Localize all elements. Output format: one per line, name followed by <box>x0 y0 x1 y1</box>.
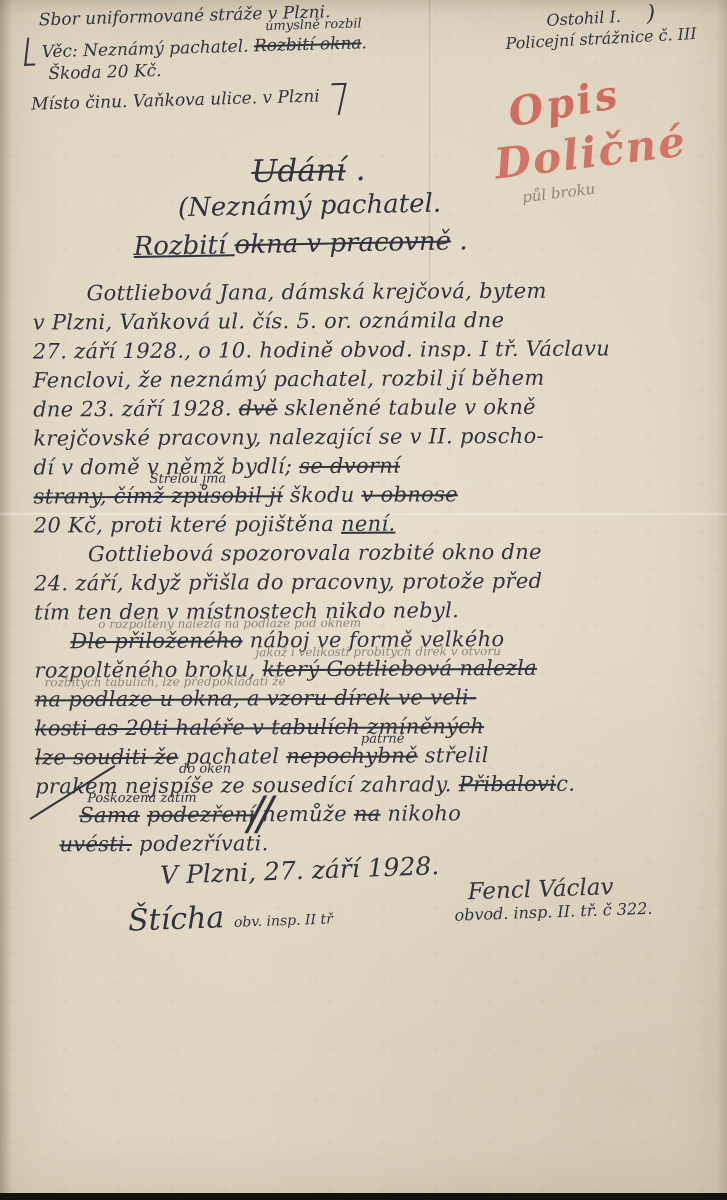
closing-slashes: ∕∕ <box>248 786 267 840</box>
text-segment: Rozbití <box>133 230 234 262</box>
interlinear-insertion: Poškozená zatím <box>87 791 197 807</box>
text-segment: Přibalovi <box>459 772 557 797</box>
text-segment: (Neznámý pachatel. <box>178 189 442 224</box>
handwritten-line: krejčovské pracovny, nalezající se v II.… <box>29 423 610 455</box>
handwritten-line: 20 Kč, proti které pojištěna není. <box>30 510 611 542</box>
scanned-police-report-page: Sbor uniformované stráže v Plzni.Věc: Ne… <box>0 0 727 1200</box>
officer-name: Ostohil I. <box>546 7 621 30</box>
interlinear-insertion: jakož i velikosti probitých dírek v otvo… <box>255 644 501 659</box>
interlinear-insertion: úmyslně rozbil <box>265 16 362 34</box>
text-segment: 24. září, když přišla do pracovny, proto… <box>34 569 542 596</box>
text-segment: Dle přiloženého <box>70 628 242 653</box>
text-segment: strany, čímž způsobil jí <box>34 483 283 508</box>
text-segment: Místo činu. Vaňkova ulice. v Plzni <box>31 87 320 115</box>
text-segment: Fenclovi, že neznámý pachatel, rozbil jí… <box>33 366 545 393</box>
text-segment: na <box>354 802 381 826</box>
text-segment: Udání <box>251 152 346 190</box>
handwritten-line: strany, čímž způsobil jí škodu v obnoseS… <box>30 481 611 513</box>
text-segment: dvě <box>239 396 278 420</box>
text-segment: Škoda 20 Kč. <box>48 61 162 84</box>
text-segment: 27. září 1928., o 10. hodině obvod. insp… <box>33 336 610 363</box>
text-segment: střelil <box>418 743 489 767</box>
signature-name: Štícha <box>127 900 224 938</box>
text-segment: v Plzni, Vaňková ul. čís. 5. or. oznámil… <box>33 308 505 334</box>
text-segment: . <box>361 33 367 53</box>
handwritten-line: Gottliebová spozorovala rozbité okno dne <box>30 539 611 571</box>
interlinear-insertion: patrně <box>361 732 405 747</box>
text-segment: Gottliebová spozorovala rozbité okno dne <box>88 540 542 566</box>
text-segment: se dvorní <box>299 454 400 479</box>
document-title-block: Udání .(Neznámý pachatel.Rozbití okna v … <box>0 146 727 273</box>
text-segment: skleněné tabule v okně <box>277 395 536 420</box>
text-segment: nikoho <box>380 801 461 825</box>
handwritten-line: kosti as 20ti haléře v tabulích zmíněnýc… <box>31 713 612 745</box>
text-segment: 20 Kč, proti které pojištěna <box>34 512 341 538</box>
handwritten-line: dne 23. září 1928. dvě skleněné tabule v… <box>29 394 610 426</box>
text-segment: nepochybně <box>286 743 418 768</box>
signature-fencl: Fencl Václav obvod. insp. II. tř. č 322. <box>467 873 652 924</box>
signature-sticha: Štícha obv. insp. II tř <box>127 896 333 938</box>
text-segment: krejčovské pracovny, nalezající se v II.… <box>33 424 544 451</box>
check-mark: ) <box>646 1 656 26</box>
text-segment: . <box>345 152 365 188</box>
text-segment: Gottliebová Jana, dámská krejčová, bytem <box>86 279 546 305</box>
text-segment: v obnose <box>361 482 458 507</box>
text-segment: . <box>451 226 468 256</box>
text-segment: není. <box>341 512 395 536</box>
text-segment: okna v pracovně <box>234 226 451 260</box>
text-segment: c. <box>556 772 575 796</box>
bracket-mark <box>324 83 346 116</box>
handwritten-line: Sama podezření nemůže na nikohoPoškozená… <box>31 800 612 832</box>
text-segment: uvésti. <box>59 832 132 856</box>
handwritten-line: na podlaze u okna, a vzoru dírek ve veli… <box>31 684 612 716</box>
handwritten-line: Gottliebová Jana, dámská krejčová, bytem <box>28 278 609 310</box>
text-segment: dne 23. září 1928. <box>33 396 239 421</box>
interlinear-insertion: do oken <box>179 761 231 776</box>
text-segment: Rozbití okna <box>254 33 362 56</box>
text-segment: který Gottliebová nalezla <box>262 656 537 681</box>
text-segment: nemůže <box>255 802 354 827</box>
text-segment: podezření <box>147 802 256 827</box>
handwritten-line: dí v domě v němž bydlí; se dvorní <box>29 452 610 484</box>
text-segment: škodu <box>283 483 362 507</box>
header-left-block: Sbor uniformované stráže v Plzni.Věc: Ne… <box>25 1 369 118</box>
signature-rank: obv. insp. II tř <box>234 911 333 930</box>
scan-edge-shadow <box>0 1193 727 1200</box>
handwritten-line: Fenclovi, že neznámý pachatel, rozbil jí… <box>29 365 610 397</box>
interlinear-insertion: rozbitých tabulích, lze předpokládati že <box>45 674 286 689</box>
handwritten-line: 27. září 1928., o 10. hodině obvod. insp… <box>29 336 610 368</box>
bracket-mark <box>24 37 38 65</box>
text-segment: lze souditi že <box>35 745 179 770</box>
handwritten-line: lze souditi že pachatel nepochybně střel… <box>31 742 612 774</box>
text-segment: Sama <box>79 803 140 827</box>
interlinear-insertion: o rozpoltěný nalezla na podlaze pod okne… <box>98 616 361 631</box>
handwritten-line: 24. září, když přišla do pracovny, proto… <box>30 568 611 600</box>
report-body-text: Gottliebová Jana, dámská krejčová, bytem… <box>28 278 612 861</box>
interlinear-insertion: Střelou jma <box>149 471 226 486</box>
header-right-block: Ostohil I.) Policejní strážnice č. III <box>504 0 698 59</box>
handwritten-line: v Plzni, Vaňková ul. čís. 5. or. oznámil… <box>29 307 610 339</box>
text-segment: kosti as 20ti haléře v tabulích zmíněnýc… <box>35 714 484 740</box>
